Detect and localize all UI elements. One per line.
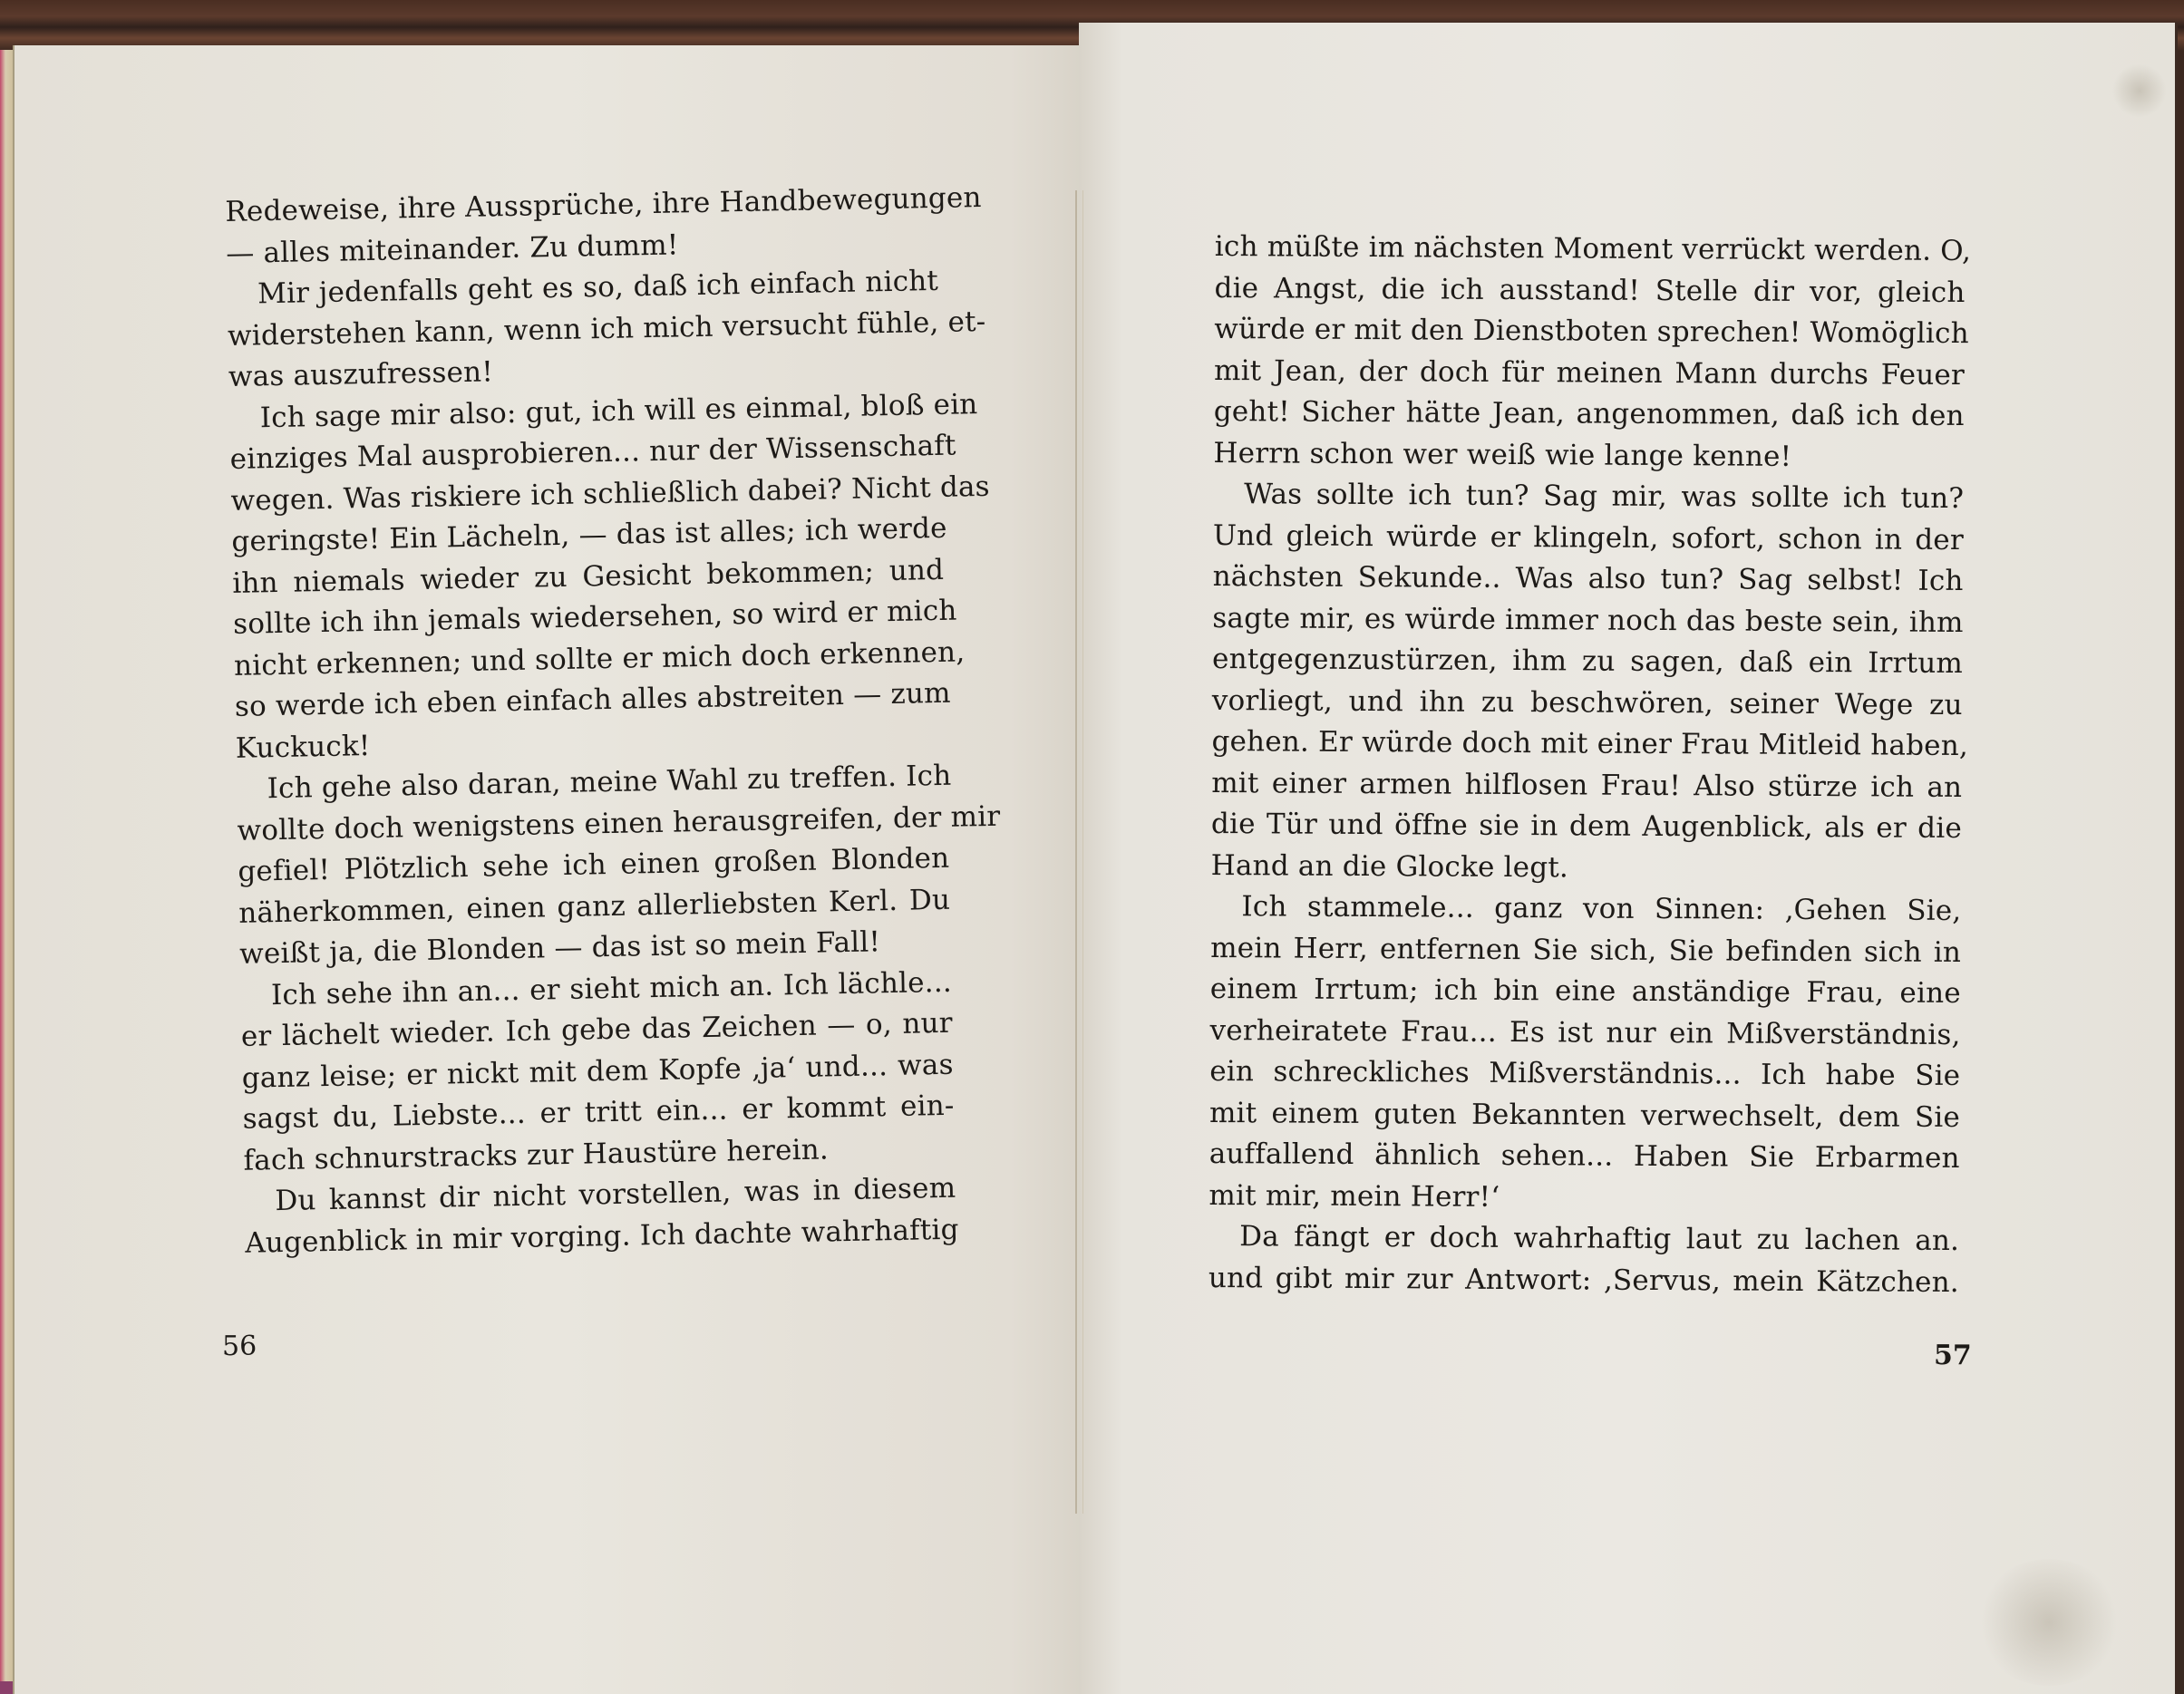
text-line: vorliegt, und ihn zu beschwören, seiner … [1212, 680, 1963, 726]
text-line: Und gleich würde er klingeln, sofort, sc… [1213, 515, 1964, 561]
photo-scene: Redeweise, ihre Aussprüche, ihre Handbew… [0, 0, 2184, 1694]
page-number-right: 57 [1934, 1340, 1972, 1371]
text-line: auffallend ähnlich sehen... Haben Sie Er… [1209, 1134, 1960, 1180]
text-line: die Angst, die ich ausstand! Stelle dir … [1214, 267, 1965, 314]
text-line: verheiratete Frau... Es ist nur ein Mißv… [1209, 1010, 1960, 1056]
text-line: sagte mir, es würde immer noch das beste… [1212, 597, 1963, 644]
text-line: Da fängt er doch wahrhaftig laut zu lach… [1208, 1216, 1959, 1263]
page-number-left: 56 [222, 1331, 257, 1362]
text-line: mit einer armen hilflosen Frau! Also stü… [1211, 762, 1962, 808]
text-line: gehen. Er würde doch mit einer Frau Mitl… [1211, 721, 1962, 768]
paper-stain [1976, 1559, 2121, 1686]
right-page-body-text: ich müßte im nächsten Moment verrückt we… [1208, 227, 1966, 1303]
text-line: würde er mit den Dienstboten sprechen! W… [1214, 309, 1965, 355]
text-line: geht! Sicher hätte Jean, angenommen, daß… [1214, 392, 1965, 438]
text-line: und gibt mir zur Antwort: ‚Servus, mein … [1208, 1257, 1959, 1303]
text-line: Ich stammele... ganz von Sinnen: ‚Gehen … [1210, 886, 1961, 933]
text-line: ich müßte im nächsten Moment verrückt we… [1215, 227, 1966, 273]
binding-thread [1075, 190, 1083, 1514]
text-line: Herrn schon wer weiß wie lange kenne! [1213, 432, 1964, 479]
text-line: nächsten Sekunde.. Was also tun? Sag sel… [1212, 557, 1963, 603]
book-cover-edge [0, 50, 13, 1694]
text-line: mit einem guten Bekannten verwechselt, d… [1209, 1092, 1960, 1138]
paper-stain [2112, 63, 2167, 118]
text-line: mit Jean, der doch für meinen Mann durch… [1214, 350, 1965, 396]
text-line: die Tür und öffne sie in dem Augenblick,… [1211, 804, 1962, 850]
left-page-body-text: Redeweise, ihre Aussprüche, ihre Handbew… [225, 179, 957, 1264]
text-line: entgegenzustürzen, ihm zu sagen, daß ein… [1212, 639, 1963, 685]
text-line: Was sollte ich tun? Sag mir, was sollte … [1213, 474, 1964, 520]
text-line: mein Herr, entfernen Sie sich, Sie befin… [1210, 927, 1961, 973]
text-line: Hand an die Glocke legt. [1211, 845, 1962, 891]
text-line: mit mir, mein Herr!‘ [1208, 1175, 1959, 1221]
text-line: ein schreckliches Mißverständnis... Ich … [1209, 1051, 1960, 1098]
text-line: einem Irrtum; ich bin eine anständige Fr… [1210, 969, 1961, 1015]
